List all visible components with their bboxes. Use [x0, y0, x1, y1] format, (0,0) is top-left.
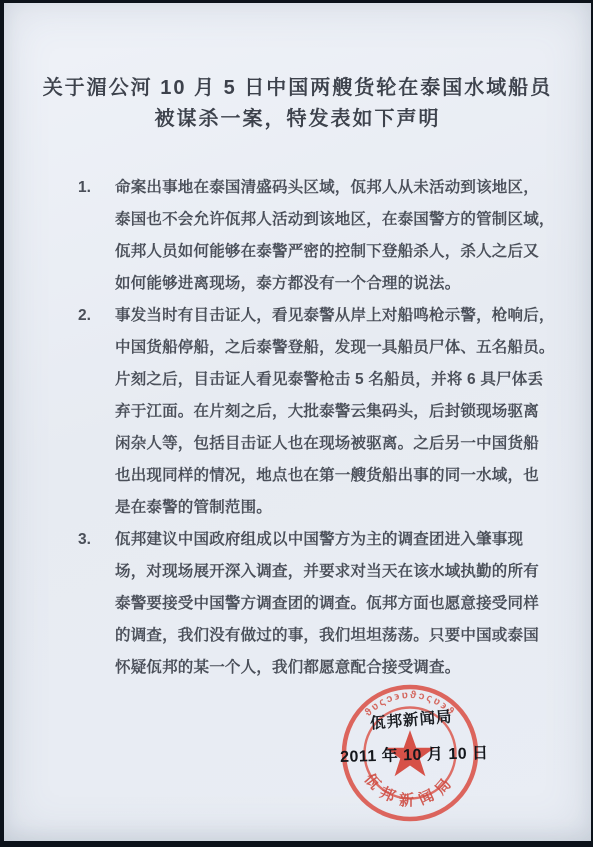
item-text: 佤邦建议中国政府组成以中国警方为主的调查团进入肇事现场，对现场展开深入调查，并要… [115, 524, 521, 684]
photo-frame: 关于湄公河 10 月 5 日中国两艘货轮在泰国水域船员 被谋杀一案，特发表如下声… [0, 0, 593, 847]
text-line: 是在泰警的管制范围。 [115, 492, 521, 524]
statement-item-1: 1. 命案出事地在泰国清盛码头区域，佤邦人从未活动到该地区，泰国也不会允许佤邦人… [78, 172, 521, 300]
text-line: 命案出事地在泰国清盛码头区域，佤邦人从未活动到该地区， [115, 172, 521, 204]
item-number: 2. [78, 300, 115, 332]
document-paper: 关于湄公河 10 月 5 日中国两艘货轮在泰国水域船员 被谋杀一案，特发表如下声… [4, 3, 591, 841]
statement-item-3: 3. 佤邦建议中国政府组成以中国警方为主的调查团进入肇事现场，对现场展开深入调查… [78, 524, 521, 684]
text-line: 也出现同样的情况，地点也在第一艘货船出事的同一水域，也 [115, 460, 521, 492]
statement-list: 1. 命案出事地在泰国清盛码头区域，佤邦人从未活动到该地区，泰国也不会允许佤邦人… [4, 172, 591, 684]
seal-date-text: 2011 年 10 月 10 日 [340, 740, 489, 767]
statement-item-2: 2. 事发当时有目击证人，看见泰警从岸上对船鸣枪示警，枪响后，中国货船停船，之后… [78, 300, 521, 524]
document-content: 关于湄公河 10 月 5 日中国两艘货轮在泰国水域船员 被谋杀一案，特发表如下声… [4, 3, 591, 841]
document-title-line1: 关于湄公河 10 月 5 日中国两艘货轮在泰国水域船员 [4, 73, 591, 104]
seal-bottom-text: 佤邦新闻局 [361, 770, 460, 809]
text-line: 泰国也不会允许佤邦人活动到该地区，在泰国警方的管制区域， [115, 204, 521, 236]
text-line: 闲杂人等，包括目击证人也在现场被驱离。之后另一中国货船 [115, 428, 521, 460]
text-line: 事发当时有目击证人，看见泰警从岸上对船鸣枪示警，枪响后， [115, 300, 521, 332]
text-line: 中国货船停船，之后泰警登船，发现一具船员尸体、五名船员。 [115, 332, 521, 364]
item-number: 1. [78, 172, 115, 204]
text-line: 佤邦人员如何能够在泰警严密的控制下登船杀人，杀人之后又 [115, 236, 521, 268]
item-text: 命案出事地在泰国清盛码头区域，佤邦人从未活动到该地区，泰国也不会允许佤邦人活动到… [115, 172, 521, 300]
text-line: 如何能够进离现场，泰方都没有一个合理的说法。 [115, 268, 521, 300]
text-line: 片刻之后，目击证人看见泰警枪击 5 名船员，并将 6 具尸体丢 [115, 364, 521, 396]
text-line: 弃于江面。在片刻之后，大批泰警云集码头，后封锁现场驱离 [115, 396, 521, 428]
document-title: 关于湄公河 10 月 5 日中国两艘货轮在泰国水域船员 被谋杀一案，特发表如下声… [4, 73, 591, 135]
text-line: 佤邦建议中国政府组成以中国警方为主的调查团进入肇事现 [115, 524, 521, 556]
document-title-line2: 被谋杀一案，特发表如下声明 [4, 104, 591, 135]
text-line: 的调查，我们没有做过的事，我们坦坦荡荡。只要中国或泰国 [115, 620, 521, 652]
svg-text:佤邦新闻局: 佤邦新闻局 [361, 770, 460, 809]
text-line: 场，对现场展开深入调查，并要求对当天在该水域执勤的所有 [115, 556, 521, 588]
item-text: 事发当时有目击证人，看见泰警从岸上对船鸣枪示警，枪响后，中国货船停船，之后泰警登… [115, 300, 521, 524]
text-line: 泰警要接受中国警方调查团的调查。佤邦方面也愿意接受同样 [115, 588, 521, 620]
item-number: 3. [78, 524, 115, 556]
